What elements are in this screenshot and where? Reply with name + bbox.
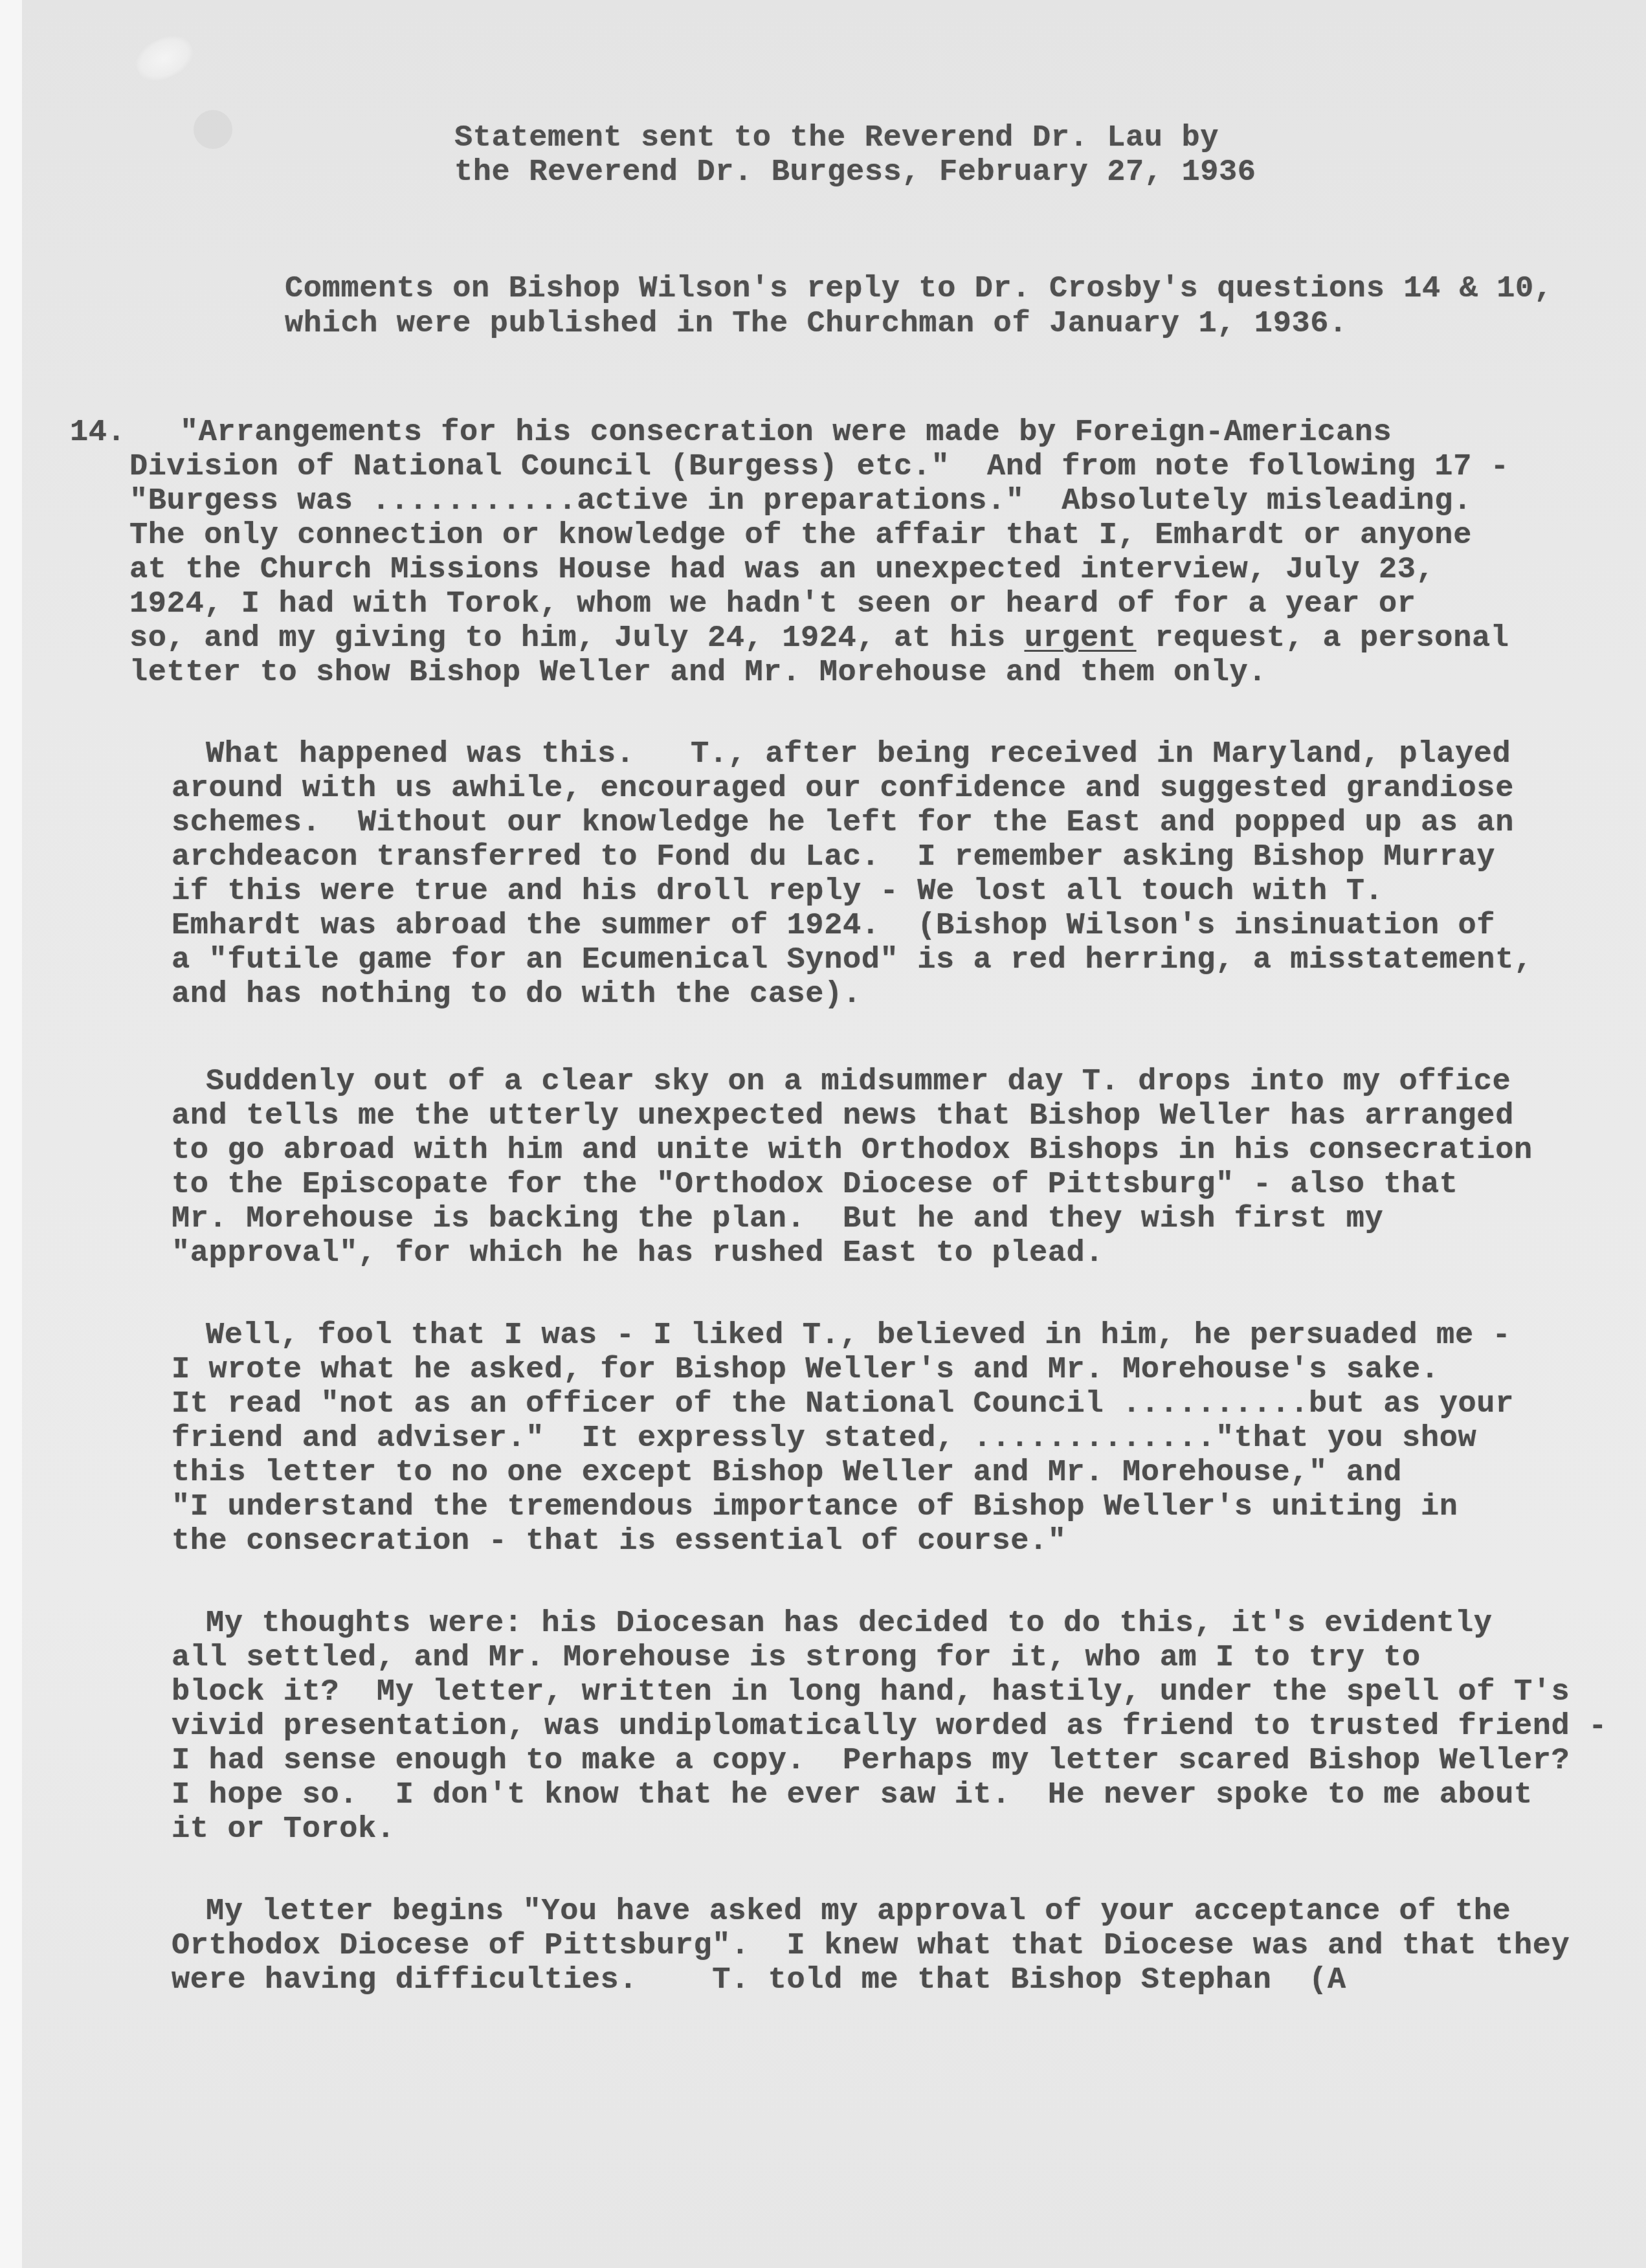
paragraph-line: were having difficulties. T. told me tha…: [172, 1962, 1346, 1999]
typed-document: Statement sent to the Reverend Dr. Lau b…: [0, 0, 1646, 2268]
paragraph-line: It read "not as an officer of the Nation…: [172, 1386, 1514, 1423]
paragraph-line: archdeacon transferred to Fond du Lac. I…: [172, 839, 1495, 876]
title-line: Statement sent to the Reverend Dr. Lau b…: [454, 120, 1219, 157]
paragraph-line: letter to show Bishop Weller and Mr. Mor…: [129, 654, 1267, 692]
paragraph-line: and tells me the utterly unexpected news…: [172, 1098, 1514, 1135]
paragraph-line: I hope so. I don't know that he ever saw…: [172, 1777, 1533, 1814]
paragraph-line: a "futile game for an Ecumenical Synod" …: [172, 942, 1533, 979]
paragraph-line: My letter begins "You have asked my appr…: [206, 1893, 1511, 1931]
item-number: 14.: [70, 414, 126, 452]
paragraph-line: schemes. Without our knowledge he left f…: [172, 805, 1514, 842]
paragraph-line: "Burgess was ...........active in prepar…: [129, 483, 1472, 520]
paragraph-line: at the Church Missions House had was an …: [129, 551, 1434, 589]
paragraph-line: to the Episcopate for the "Orthodox Dioc…: [172, 1166, 1458, 1204]
paragraph-line: I wrote what he asked, for Bishop Weller…: [172, 1351, 1440, 1389]
paragraph-line: block it? My letter, written in long han…: [172, 1674, 1570, 1711]
paragraph-line: around with us awhile, encouraged our co…: [172, 770, 1514, 808]
paragraph-line: and has nothing to do with the case).: [172, 976, 862, 1014]
paragraph-line: this letter to no one except Bishop Well…: [172, 1454, 1402, 1492]
paragraph-line: it or Torok.: [172, 1811, 395, 1849]
paragraph-line: The only connection or knowledge of the …: [129, 517, 1472, 555]
paragraph-line: 1924, I had with Torok, whom we hadn't s…: [129, 586, 1416, 623]
paragraph-line: if this were true and his droll reply - …: [172, 873, 1383, 911]
paragraph-line: What happened was this. T., after being …: [206, 736, 1511, 773]
subtitle-line: Comments on Bishop Wilson's reply to Dr.…: [285, 271, 1553, 308]
paragraph-line: Well, fool that I was - I liked T., beli…: [206, 1317, 1511, 1355]
paragraph-line: all settled, and Mr. Morehouse is strong…: [172, 1640, 1421, 1677]
paragraph-line: "I understand the tremendous importance …: [172, 1489, 1458, 1526]
paragraph-line: the consecration - that is essential of …: [172, 1523, 1067, 1561]
paragraph-line: to go abroad with him and unite with Ort…: [172, 1132, 1533, 1170]
paragraph-line: Division of National Council (Burgess) e…: [129, 449, 1509, 486]
paragraph-line: friend and adviser." It expressly stated…: [172, 1420, 1476, 1458]
paragraph-line: Mr. Morehouse is backing the plan. But h…: [172, 1201, 1383, 1238]
paragraph-line: I had sense enough to make a copy. Perha…: [172, 1742, 1570, 1780]
paragraph-line: vivid presentation, was undiplomatically…: [172, 1708, 1607, 1746]
paragraph-line: "Arrangements for his consecration were …: [180, 414, 1392, 452]
emphasized-word: urgent: [1025, 621, 1137, 656]
paragraph-line: so, and my giving to him, July 24, 1924,…: [129, 620, 1509, 658]
subtitle-line: which were published in The Churchman of…: [285, 306, 1348, 343]
paragraph-line: Orthodox Diocese of Pittsburg". I knew w…: [172, 1928, 1570, 1965]
paragraph-line: "approval", for which he has rushed East…: [172, 1235, 1104, 1273]
paragraph-line: Emhardt was abroad the summer of 1924. (…: [172, 907, 1495, 945]
paragraph-line: My thoughts were: his Diocesan has decid…: [206, 1605, 1493, 1643]
paragraph-line: Suddenly out of a clear sky on a midsumm…: [206, 1063, 1511, 1101]
title-line: the Reverend Dr. Burgess, February 27, 1…: [454, 154, 1256, 192]
